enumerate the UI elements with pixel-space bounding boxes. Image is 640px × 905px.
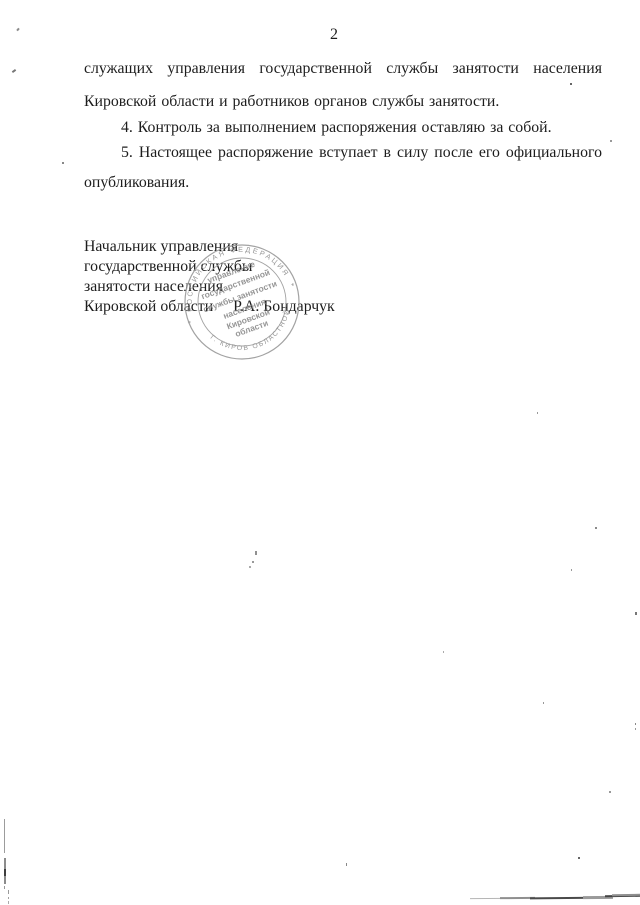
- scan-artifact: [255, 551, 257, 555]
- scan-artifact: [635, 728, 636, 730]
- scan-artifact: [4, 819, 5, 853]
- scan-artifact: [443, 651, 444, 653]
- seal-separator-left-icon: *: [187, 319, 193, 329]
- scan-artifact: [8, 890, 9, 894]
- scan-artifact: [610, 140, 612, 142]
- scan-artifact: [4, 869, 6, 876]
- body-line-2: Кировской области и работников органов с…: [84, 91, 602, 113]
- scan-artifact: [8, 897, 9, 899]
- document-body: служащих управления государственной служ…: [84, 58, 602, 194]
- scan-artifact: [635, 612, 637, 615]
- scan-artifact: [252, 561, 254, 563]
- seal-content: РОССИЙСКАЯ ФЕДЕРАЦИЯ Г. КИРОВ ОБЛАСТНОЙ …: [172, 232, 312, 369]
- scan-artifact: [537, 412, 538, 414]
- scan-artifact: [578, 857, 580, 859]
- page-number: 2: [330, 26, 339, 44]
- scan-artifact: [249, 566, 251, 568]
- scan-artifact: [609, 791, 611, 793]
- scan-artifact: [571, 569, 572, 571]
- scan-artifact: [595, 527, 597, 529]
- scan-artifact: [8, 901, 9, 904]
- official-round-seal: РОССИЙСКАЯ ФЕДЕРАЦИЯ Г. КИРОВ ОБЛАСТНОЙ …: [172, 232, 312, 372]
- scan-artifact: [4, 886, 5, 889]
- scan-artifact: [62, 162, 64, 164]
- scan-artifact: [12, 69, 16, 73]
- scanned-document-page: 2 служащих управления государственной сл…: [0, 0, 640, 905]
- scan-artifact: [16, 28, 19, 32]
- scan-artifact: [543, 702, 544, 704]
- scan-artifact: [635, 723, 636, 725]
- scan-artifact: [570, 83, 572, 85]
- scan-artifact: [612, 894, 640, 896]
- scan-artifact: [346, 863, 347, 866]
- body-item-5-line-2: опубликования.: [84, 172, 602, 194]
- body-item-4: 4. Контроль за выполнением распоряжения …: [84, 117, 602, 139]
- body-line-1: служащих управления государственной служ…: [84, 58, 602, 80]
- body-item-5-line-1: 5. Настоящее распоряжение вступает в сил…: [84, 142, 602, 164]
